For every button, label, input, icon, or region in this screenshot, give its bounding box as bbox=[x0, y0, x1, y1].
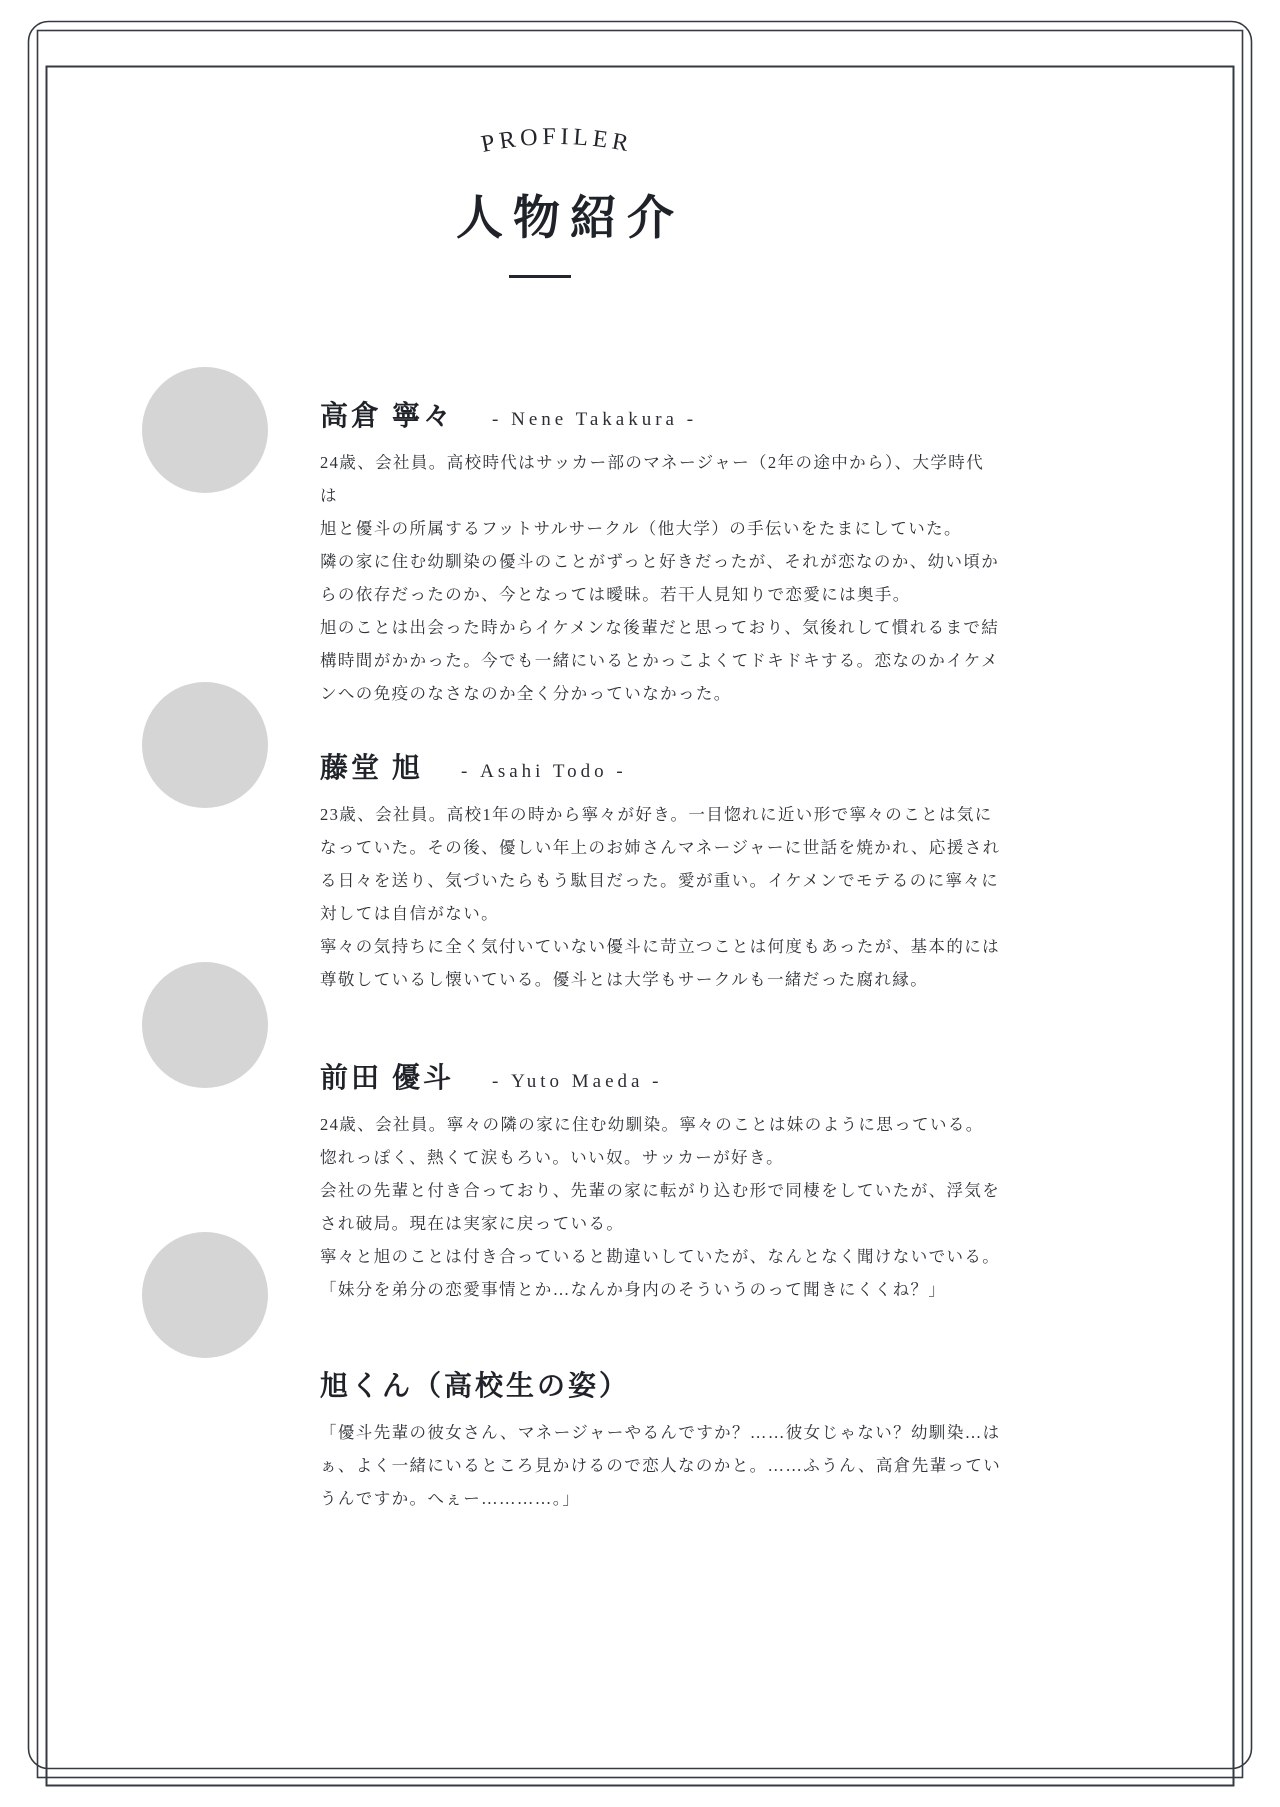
character-name: 旭くん（高校生の姿） bbox=[320, 1371, 630, 1402]
title-divider bbox=[509, 275, 571, 278]
character-avatar-circle bbox=[142, 682, 268, 808]
character-name: 前田 優斗 bbox=[320, 1063, 454, 1094]
character-avatar-circle bbox=[142, 962, 268, 1088]
character-section: 前田 優斗 - Yuto Maeda - 24歳、会社員。寧々の隣の家に住む幼馴… bbox=[320, 1058, 1020, 1306]
character-description: 24歳、会社員。高校時代はサッカー部のマネージャー（2年の途中から）、大学時代 … bbox=[320, 446, 1020, 710]
character-section: 高倉 寧々 - Nene Takakura - 24歳、会社員。高校時代はサッカ… bbox=[320, 396, 1020, 710]
profile-page: PROFILER 人物紹介 高倉 寧々 - Nene Takakura - 24… bbox=[0, 0, 1280, 1807]
character-name-line: 前田 優斗 - Yuto Maeda - bbox=[320, 1058, 1020, 1100]
character-description: 23歳、会社員。高校1年の時から寧々が好き。一目惚れに近い形で寧々のことは気に … bbox=[320, 798, 1020, 996]
character-name-line: 藤堂 旭 - Asahi Todo - bbox=[320, 748, 1020, 790]
character-section: 藤堂 旭 - Asahi Todo - 23歳、会社員。高校1年の時から寧々が好… bbox=[320, 748, 1020, 996]
character-name: 高倉 寧々 bbox=[320, 401, 454, 432]
character-name-line: 旭くん（高校生の姿） bbox=[320, 1366, 1020, 1408]
header-eyebrow-text: PROFILER bbox=[479, 124, 635, 158]
character-section: 旭くん（高校生の姿） 「優斗先輩の彼女さん、マネージャーやるんですか？……彼女じ… bbox=[320, 1366, 1020, 1515]
character-name-romaji: - Nene Takakura - bbox=[492, 409, 697, 430]
character-name-romaji: - Asahi Todo - bbox=[461, 761, 627, 782]
character-avatar-circle bbox=[142, 1232, 268, 1358]
character-name-line: 高倉 寧々 - Nene Takakura - bbox=[320, 396, 1020, 438]
page-title: 人物紹介 bbox=[0, 181, 1130, 248]
character-avatar-circle bbox=[142, 367, 268, 493]
character-description: 「優斗先輩の彼女さん、マネージャーやるんですか？……彼女じゃない？幼馴染…は ぁ… bbox=[320, 1416, 1020, 1515]
character-name: 藤堂 旭 bbox=[320, 753, 423, 784]
character-description: 24歳、会社員。寧々の隣の家に住む幼馴染。寧々のことは妹のように思っている。 惚… bbox=[320, 1108, 1020, 1306]
character-name-romaji: - Yuto Maeda - bbox=[492, 1071, 663, 1092]
header-eyebrow-arc: PROFILER bbox=[397, 93, 717, 185]
